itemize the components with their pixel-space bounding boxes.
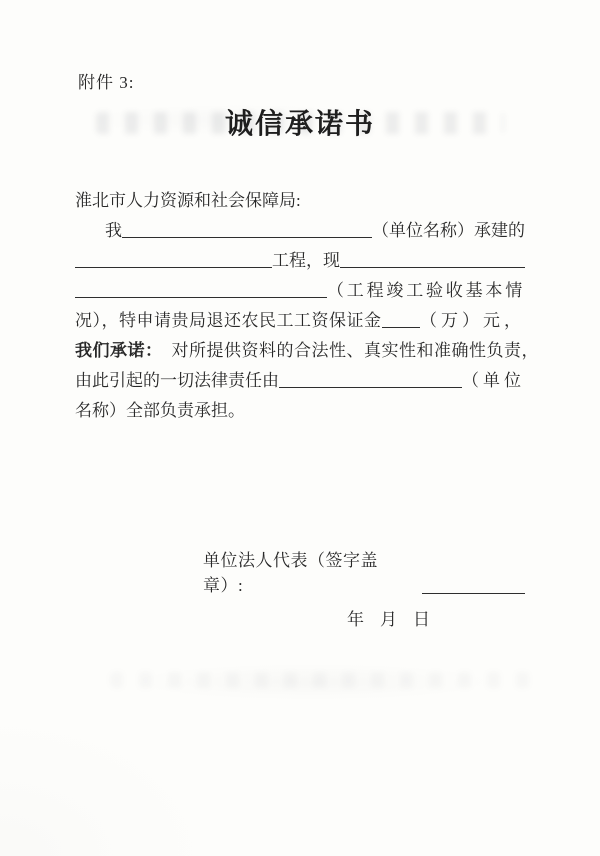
attachment-label: 附件 3:	[78, 68, 134, 93]
body-text: （单位	[462, 366, 525, 391]
body-text: （工程竣工验收基本情	[327, 276, 525, 301]
signature-row: 单位法人代表（签字盖章）:	[75, 570, 525, 596]
body-line-acceptance: （工程竣工验收基本情	[75, 271, 525, 301]
body-text: 对所提供资料的合法性、真实性和准确性负责，	[172, 336, 540, 361]
blank-amount	[382, 327, 421, 328]
body-text: 名称）全部负责承担。	[75, 396, 245, 421]
date-month-label: 月	[380, 605, 397, 630]
body-paragraph: 淮北市人力资源和社会保障局: 我 （单位名称）承建的 工程，现 （工程竣工验收基…	[75, 181, 525, 421]
signature-blank	[422, 593, 525, 594]
body-text: （单位名称）承建的	[372, 216, 525, 241]
ink-bleedthrough-artifact	[110, 672, 530, 688]
commitment-bold-text: 我们承诺：	[75, 336, 163, 361]
scanned-document-page: 附件 3: 诚信承诺书 淮北市人力资源和社会保障局: 我 （单位名称）承建的 工…	[0, 0, 600, 856]
blank-unit-name	[122, 237, 372, 238]
body-line-liability: 由此引起的一切法律责任由 （单位	[75, 361, 525, 391]
signature-label: 单位法人代表（签字盖章）:	[203, 546, 413, 596]
body-text: （万）元，	[420, 306, 525, 331]
blank-project-status-1	[340, 267, 525, 268]
body-text: 由此引起的一切法律责任由	[75, 366, 279, 391]
date-year-label: 年	[347, 605, 364, 630]
date-row: 年 月 日	[347, 604, 430, 630]
blank-project-name	[75, 267, 272, 268]
document-title: 诚信承诺书	[75, 102, 525, 142]
body-line-unit: 我 （单位名称）承建的	[75, 211, 525, 241]
blank-project-status-2	[75, 297, 327, 298]
body-line-commitment: 我们承诺： 对所提供资料的合法性、真实性和准确性负责，	[75, 331, 525, 361]
salutation: 淮北市人力资源和社会保障局:	[75, 186, 301, 211]
body-line-amount: 况），特申请贵局退还农民工工资保证金 （万）元，	[75, 301, 525, 331]
salutation-line: 淮北市人力资源和社会保障局:	[75, 181, 525, 211]
body-text: 工程，现	[272, 246, 340, 271]
body-line-closing: 名称）全部负责承担。	[75, 391, 525, 421]
body-text: 我	[105, 216, 122, 241]
date-day-label: 日	[413, 605, 430, 630]
blank-liability-unit	[279, 387, 462, 388]
body-text: 况），特申请贵局退还农民工工资保证金	[75, 306, 382, 331]
body-line-project: 工程，现	[75, 241, 525, 271]
